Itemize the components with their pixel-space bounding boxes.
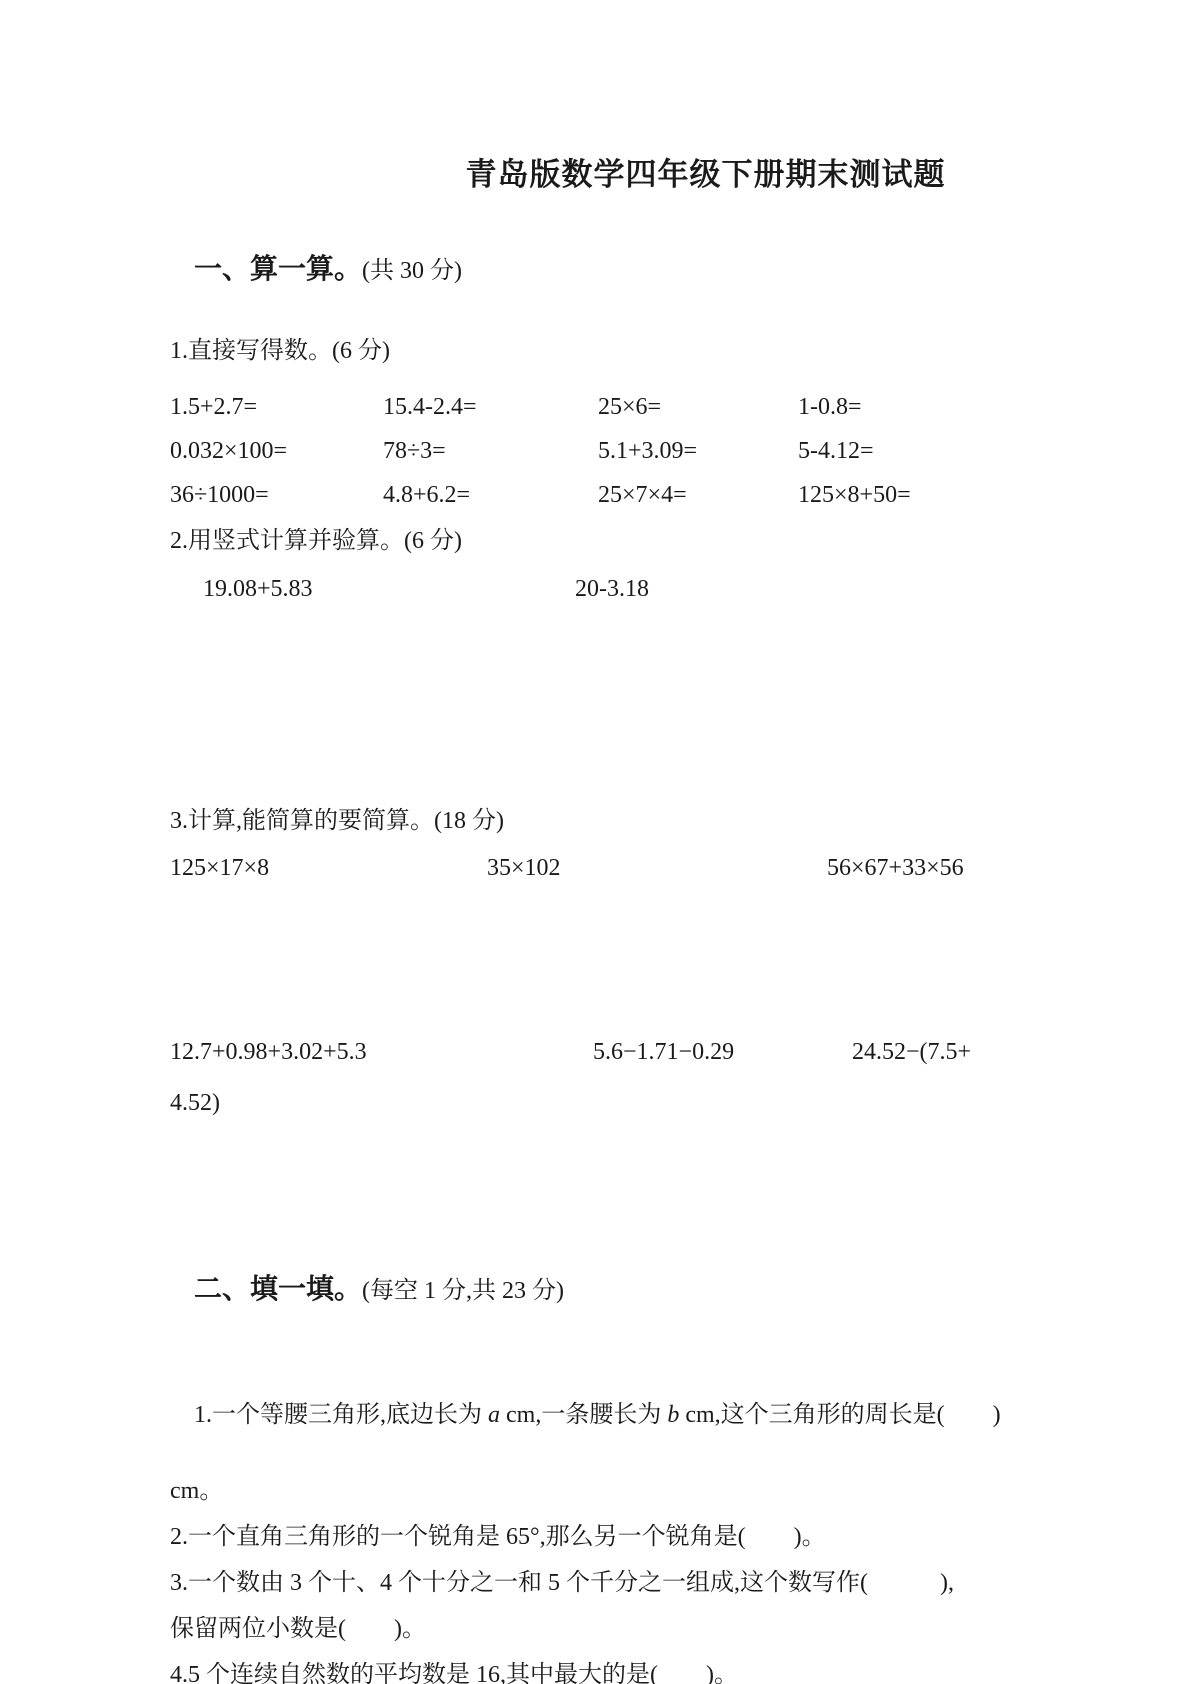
- q1-row-3: 36÷1000= 4.8+6.2= 25×7×4= 125×8+50=: [170, 478, 1131, 512]
- q3-row-1: 125×17×8 35×102 56×67+33×56: [170, 852, 1131, 884]
- q2-expression-2: 20-3.18: [575, 572, 1131, 606]
- fill-item-1-text: cm,这个三角形的周长是( ): [679, 1402, 1000, 1428]
- variable-b: b: [667, 1402, 679, 1428]
- q1-expression: 5.1+3.09=: [598, 434, 798, 468]
- section-2-heading: 二、填一填。(每空 1 分,共 23 分): [170, 1232, 1131, 1348]
- q1-expression: 25×7×4=: [598, 478, 798, 512]
- q1-expression: 0.032×100=: [170, 434, 383, 468]
- q2-expression-1: 19.08+5.83: [203, 572, 575, 606]
- q3-expression: 125×17×8: [170, 852, 487, 884]
- q2-label: 2.用竖式计算并验算。(6 分): [170, 526, 1131, 556]
- q3-row-2: 12.7+0.98+3.02+5.3 5.6−1.71−0.29 24.52−(…: [170, 1036, 1131, 1068]
- fill-item-1-line-2: cm。: [170, 1476, 1131, 1506]
- q3-label: 3.计算,能简算的要简算。(18 分): [170, 806, 1131, 836]
- q1-expression: 1.5+2.7=: [170, 390, 383, 424]
- fill-item-4: 4.5 个连续自然数的平均数是 16,其中最大的是( )。: [170, 1660, 1131, 1684]
- section-1-heading-note: (共 30 分): [362, 258, 462, 284]
- fill-item-1-text: cm,一条腰长为: [500, 1402, 667, 1428]
- q1-row-1: 1.5+2.7= 15.4-2.4= 25×6= 1-0.8=: [170, 390, 1131, 424]
- fill-item-3-line-1: 3.一个数由 3 个十、4 个十分之一和 5 个千分之一组成,这个数写作( ),: [170, 1568, 1131, 1598]
- q1-expression: 15.4-2.4=: [383, 390, 598, 424]
- q3-expression: 5.6−1.71−0.29: [593, 1036, 852, 1068]
- section-1-heading-label: 一、算一算。: [194, 253, 362, 284]
- q3-expression: 35×102: [487, 852, 827, 884]
- q3-expression: 24.52−(7.5+: [852, 1036, 1131, 1068]
- q1-expression: 36÷1000=: [170, 478, 383, 512]
- q1-expression: 1-0.8=: [798, 390, 1131, 424]
- q2-vertical-calc-row: 19.08+5.83 20-3.18: [203, 572, 1131, 606]
- q1-direct-calc-grid: 1.5+2.7= 15.4-2.4= 25×6= 1-0.8= 0.032×10…: [170, 390, 1131, 512]
- q1-expression: 78÷3=: [383, 434, 598, 468]
- section-1-heading: 一、算一算。(共 30 分): [170, 218, 1131, 322]
- fill-item-1-text: 1.一个等腰三角形,底边长为: [194, 1402, 488, 1428]
- page-title: 青岛版数学四年级下册期末测试题: [170, 158, 1191, 192]
- q3-expression: 56×67+33×56: [827, 852, 1131, 884]
- q3-row-2-continuation: 4.52): [170, 1088, 1131, 1118]
- fill-item-2: 2.一个直角三角形的一个锐角是 65°,那么另一个锐角是( )。: [170, 1522, 1131, 1552]
- q1-expression: 4.8+6.2=: [383, 478, 598, 512]
- section-2-heading-note: (每空 1 分,共 23 分): [362, 1278, 564, 1304]
- q1-expression: 25×6=: [598, 390, 798, 424]
- variable-a: a: [488, 1402, 500, 1428]
- q1-expression: 125×8+50=: [798, 478, 1131, 512]
- q3-expression: 12.7+0.98+3.02+5.3: [170, 1036, 593, 1068]
- section-2-heading-label: 二、填一填。: [194, 1273, 362, 1304]
- q1-label: 1.直接写得数。(6 分): [170, 336, 1131, 366]
- worksheet-page: 青岛版数学四年级下册期末测试题 一、算一算。(共 30 分) 1.直接写得数。(…: [0, 0, 1191, 1684]
- fill-item-1-line-1: 1.一个等腰三角形,底边长为 a cm,一条腰长为 b cm,这个三角形的周长是…: [170, 1370, 1131, 1460]
- q1-expression: 5-4.12=: [798, 434, 1131, 468]
- fill-item-3-line-2: 保留两位小数是( )。: [170, 1614, 1131, 1644]
- q1-row-2: 0.032×100= 78÷3= 5.1+3.09= 5-4.12=: [170, 434, 1131, 468]
